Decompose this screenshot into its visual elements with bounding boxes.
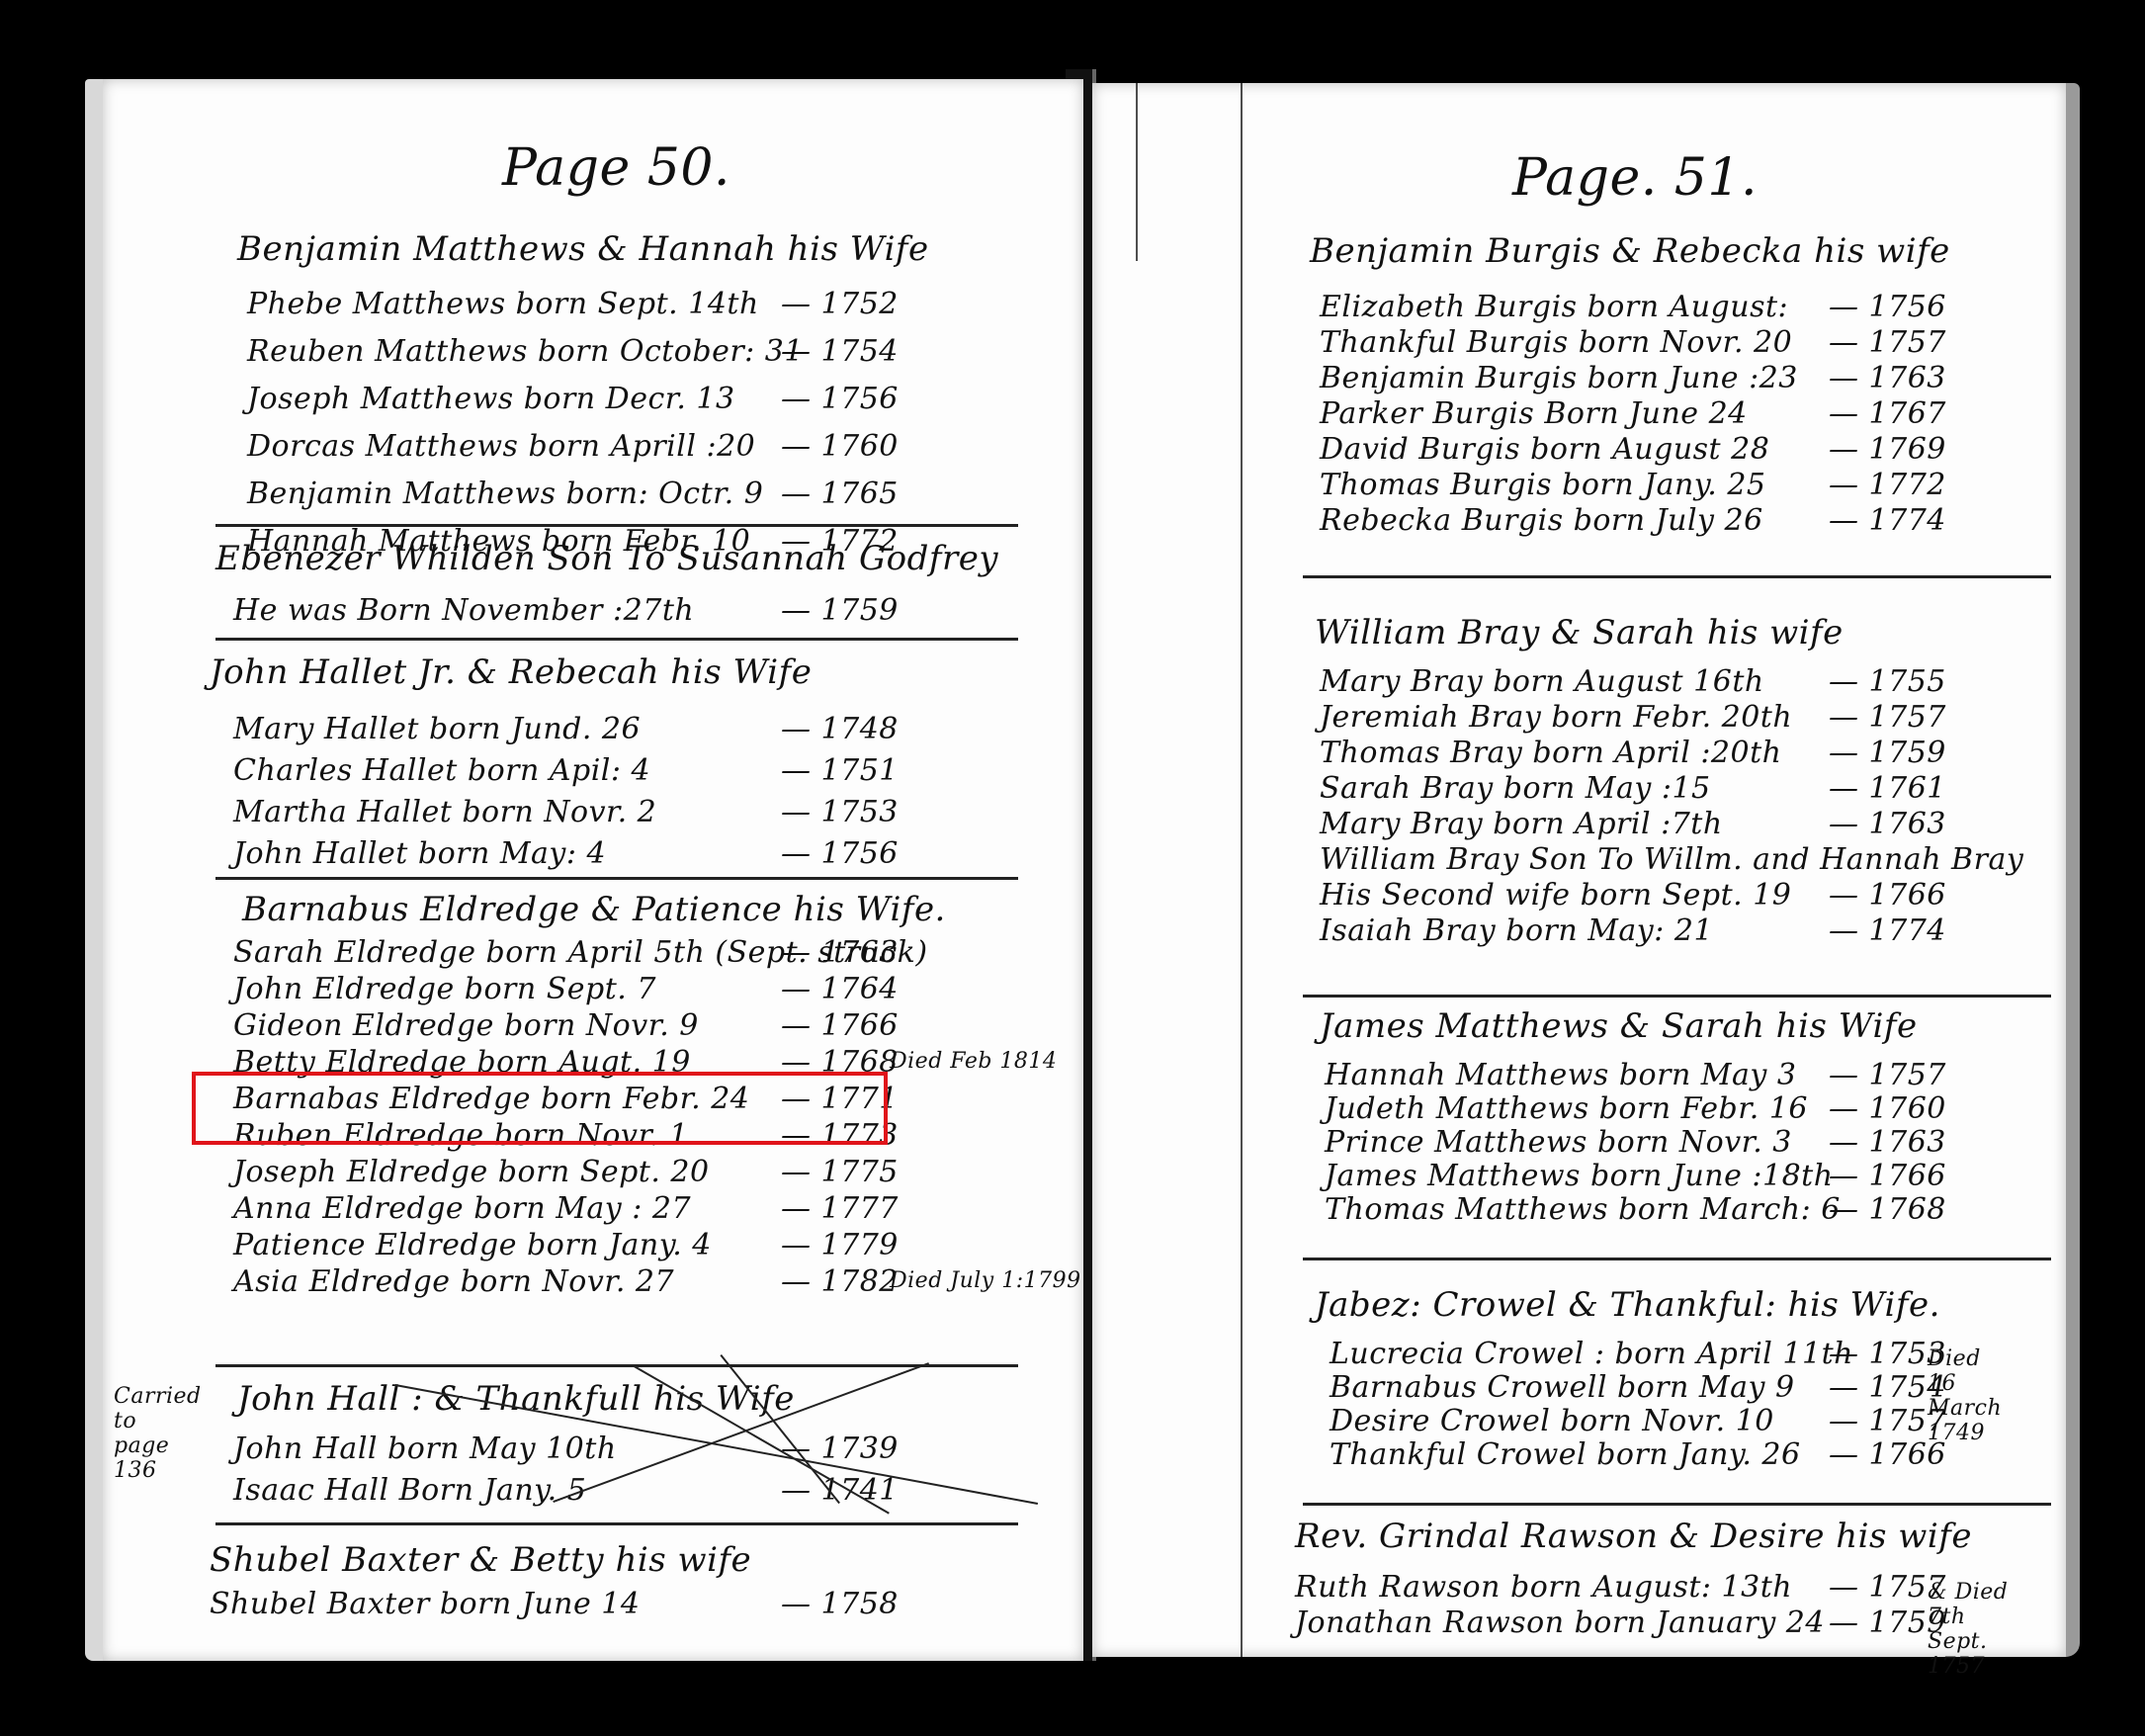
child-name: Joseph Matthews: [247, 382, 524, 416]
birth-record-row: Benjamin Matthews born: Octr. 9: [247, 477, 763, 511]
birth-record-row: James Matthews born June :18th: [1325, 1159, 1834, 1193]
child-name: Martha Hallet: [233, 795, 462, 829]
child-name: John Hallet: [233, 836, 418, 871]
birth-year: — 1774: [1829, 913, 1946, 948]
child-name: Charles Hallet: [233, 753, 468, 788]
birth-year: — 1757: [1829, 1058, 1946, 1092]
birth-record-row: Rebecka Burgis born July 26: [1320, 503, 1763, 538]
birth-date: born Sept. 19: [1581, 878, 1792, 912]
birth-year: — 1752: [781, 287, 899, 321]
death-note: Died Feb 1814: [890, 1049, 1057, 1074]
child-name: Hannah Matthews: [1325, 1058, 1619, 1092]
birth-date: Born Jany. 5: [399, 1473, 587, 1508]
birth-record-row: Hannah Matthews born May 3: [1325, 1058, 1796, 1092]
child-name: Barnabus Crowell: [1330, 1370, 1617, 1405]
birth-year: — 1772: [1829, 468, 1946, 502]
family-header: Jabez: Crowel & Thankful: his Wife.: [1315, 1285, 1940, 1325]
birth-year: — 1759: [1829, 736, 1946, 770]
section-divider: [215, 877, 1018, 880]
birth-record-row: Betty Eldredge born Augt. 19: [233, 1045, 691, 1080]
birth-date: born Sept. 7: [465, 972, 656, 1006]
birth-record-row: Mary Bray born August 16th: [1320, 664, 1764, 699]
birth-date: born April :7th: [1493, 807, 1722, 841]
child-name: Thomas Burgis: [1320, 468, 1562, 502]
birth-record-row: Isaiah Bray born May: 21: [1320, 913, 1713, 948]
birth-date: Born November :27th: [357, 593, 694, 628]
birth-year: — 1763: [781, 935, 899, 970]
birth-record-row: Desire Crowel born Novr. 10: [1330, 1404, 1774, 1438]
birth-record-row: Reuben Matthews born October: 31: [247, 334, 804, 369]
child-name: Isaac Hall: [233, 1473, 399, 1508]
birth-record-row: Phebe Matthews born Sept. 14th: [247, 287, 759, 321]
birth-record-row: Elizabeth Burgis born August:: [1320, 290, 1788, 324]
birth-year: — 1768: [1829, 1192, 1946, 1227]
child-name: Jonathan Rawson: [1295, 1606, 1575, 1640]
birth-date: born August:: [1587, 290, 1789, 324]
birth-date: born Novr. 1: [494, 1118, 689, 1153]
family-header: Benjamin Matthews & Hannah his Wife: [237, 229, 929, 269]
birth-year: — 1753: [781, 795, 899, 829]
birth-date: born Apil: 4: [468, 753, 650, 788]
birth-year: — 1756: [1829, 290, 1946, 324]
birth-record-row: Barnabas Eldredge born Febr. 24: [233, 1082, 749, 1116]
family-header: John Hallet Jr. & Rebecah his Wife: [210, 652, 812, 692]
birth-year: — 1769: [1829, 432, 1946, 467]
birth-date: born Sept. 14th: [516, 287, 759, 321]
birth-record-row: Asia Eldredge born Novr. 27: [233, 1264, 674, 1299]
child-name: His Second wife: [1320, 878, 1581, 912]
birth-record-row: Barnabus Crowell born May 9: [1330, 1370, 1795, 1405]
birth-year: — 1768: [781, 1045, 899, 1080]
child-name: Barnabas Eldredge: [233, 1082, 541, 1116]
birth-date: born Febr. 24: [541, 1082, 749, 1116]
birth-year: — 1779: [781, 1228, 899, 1262]
birth-year: — 1773: [781, 1118, 899, 1153]
birth-record-row: Mary Hallet born Jund. 26: [233, 712, 641, 746]
birth-record-row: Parker Burgis Born June 24: [1320, 396, 1748, 431]
birth-date: born May : 27: [473, 1191, 691, 1226]
section-divider: [1303, 1258, 2051, 1260]
birth-date: born May :15: [1503, 771, 1711, 806]
family-header: Barnabus Eldredge & Patience his Wife.: [242, 890, 946, 929]
child-name: Benjamin Matthews: [247, 477, 566, 511]
right-page-title: Page. 51.: [1512, 148, 1758, 208]
birth-year: — 1756: [781, 836, 899, 871]
child-name: William Bray: [1320, 842, 1529, 877]
birth-record-row: Lucrecia Crowel : born April 11th: [1330, 1337, 1853, 1371]
birth-record-row: Mary Bray born April :7th: [1320, 807, 1723, 841]
birth-date: born Decr. 13: [524, 382, 735, 416]
birth-date: born Jany. 26: [1596, 1437, 1800, 1472]
child-name: Parker Burgis: [1320, 396, 1544, 431]
birth-record-row: Judeth Matthews born Febr. 16: [1325, 1091, 1808, 1126]
left-page-title: Page 50.: [502, 138, 730, 198]
birth-date: born August 16th: [1493, 664, 1764, 699]
birth-date: born May: 4: [418, 836, 606, 871]
birth-record-row: Ruben Eldredge born Novr. 1: [233, 1118, 689, 1153]
birth-record-row: Isaac Hall Born Jany. 5: [233, 1473, 586, 1508]
birth-record-row: Thomas Bray born April :20th: [1320, 736, 1781, 770]
section-divider: [1303, 1503, 2051, 1506]
birth-date: born June :18th: [1590, 1159, 1834, 1193]
birth-date: born Novr. 27: [461, 1264, 675, 1299]
birth-record-row: Prince Matthews born Novr. 3: [1325, 1125, 1792, 1160]
birth-year: — 1754: [781, 334, 899, 369]
child-name: Mary Hallet: [233, 712, 429, 746]
birth-date: born Jany. 4: [527, 1228, 712, 1262]
child-name: Phebe Matthews: [247, 287, 516, 321]
birth-date: born Novr. 20: [1579, 325, 1793, 360]
birth-year: — 1760: [1829, 1091, 1946, 1126]
section-divider: [1303, 575, 2051, 578]
birth-date: born Febr. 16: [1599, 1091, 1808, 1126]
birth-year: — 1763: [1829, 807, 1946, 841]
birth-record-row: Jonathan Rawson born January 24: [1295, 1606, 1825, 1640]
child-name: Isaiah Bray: [1320, 913, 1505, 948]
birth-record-row: Anna Eldredge born May : 27: [233, 1191, 691, 1226]
birth-date: born March: 6: [1618, 1192, 1841, 1227]
birth-record-row: Martha Hallet born Novr. 2: [233, 795, 656, 829]
child-name: Elizabeth Burgis: [1320, 290, 1587, 324]
child-name: Gideon Eldredge: [233, 1008, 504, 1043]
birth-year: — 1751: [781, 753, 899, 788]
child-name: Mary Bray: [1320, 664, 1493, 699]
section-note: Died 16 March 1749: [1928, 1346, 2016, 1445]
child-name: Desire Crowel: [1330, 1404, 1560, 1438]
birth-date: born October: 31: [538, 334, 804, 369]
child-name: John Eldredge: [233, 972, 465, 1006]
birth-record-row: John Hall born May 10th: [233, 1432, 617, 1466]
section-divider: [215, 638, 1018, 641]
child-name: Thomas Bray: [1320, 736, 1532, 770]
child-name: Asia Eldredge: [233, 1264, 461, 1299]
birth-record-row: William Bray Son To Willm. and Hannah Br…: [1320, 842, 2023, 877]
birth-date: born May 9: [1617, 1370, 1795, 1405]
margin-note: Carried to page 136: [114, 1384, 193, 1483]
child-name: Anna Eldredge: [233, 1191, 473, 1226]
birth-year: — 1763: [1829, 361, 1946, 395]
child-name: Betty Eldredge: [233, 1045, 476, 1080]
birth-year: — 1775: [781, 1155, 899, 1189]
birth-year: — 1759: [781, 593, 899, 628]
birth-record-row: Patience Eldredge born Jany. 4: [233, 1228, 712, 1262]
birth-date: born Novr. 2: [462, 795, 656, 829]
child-name: Thankful Burgis: [1320, 325, 1579, 360]
child-name: Lucrecia Crowel: [1330, 1337, 1594, 1371]
child-name: Thankful Crowel: [1330, 1437, 1596, 1472]
family-header: James Matthews & Sarah his Wife: [1320, 1006, 1918, 1046]
birth-year: — 1766: [1829, 1159, 1946, 1193]
birth-record-row: Ruth Rawson born August: 13th: [1295, 1570, 1792, 1605]
child-name: Ruth Rawson: [1295, 1570, 1510, 1605]
birth-date: born Sept. 20: [498, 1155, 710, 1189]
birth-year: — 1766: [781, 1008, 899, 1043]
birth-date: born May: 21: [1505, 913, 1713, 948]
birth-record-row: Charles Hallet born Apil: 4: [233, 753, 650, 788]
birth-year: — 1756: [781, 382, 899, 416]
child-name: Benjamin Burgis: [1320, 361, 1587, 395]
birth-year: — 1755: [1829, 664, 1946, 699]
birth-year: — 1763: [1829, 1125, 1946, 1160]
section-divider: [1303, 995, 2051, 998]
child-name: Thomas Matthews: [1325, 1192, 1618, 1227]
birth-date: born August 28: [1530, 432, 1769, 467]
birth-year: — 1767: [1829, 396, 1946, 431]
birth-record-row: Shubel Baxter born June 14: [210, 1587, 640, 1621]
family-header: Benjamin Burgis & Rebecka his wife: [1310, 231, 1950, 271]
birth-record-row: Sarah Bray born May :15: [1320, 771, 1711, 806]
birth-record-row: Joseph Matthews born Decr. 13: [247, 382, 735, 416]
birth-year: — 1758: [781, 1587, 899, 1621]
child-name: John Hall: [233, 1432, 387, 1466]
birth-record-row: John Eldredge born Sept. 7: [233, 972, 656, 1006]
birth-year: — 1761: [1829, 771, 1946, 806]
birth-record-row: John Hallet born May: 4: [233, 836, 606, 871]
birth-record-row: Joseph Eldredge born Sept. 20: [233, 1155, 710, 1189]
child-name: He was: [233, 593, 357, 628]
child-name: Joseph Eldredge: [233, 1155, 498, 1189]
birth-date: born June 14: [440, 1587, 641, 1621]
birth-record-row: His Second wife born Sept. 19: [1320, 878, 1791, 912]
birth-year: — 1766: [1829, 878, 1946, 912]
family-header: John Hall : & Thankfull his Wife: [237, 1379, 795, 1419]
family-header: Ebenezer Whilden Son To Susannah Godfrey: [215, 539, 998, 578]
birth-date: Son To Willm. and Hannah Bray: [1529, 842, 2023, 877]
section-note: & Died 7th Sept. 1757: [1928, 1580, 2016, 1679]
birth-record-row: Gideon Eldredge born Novr. 9: [233, 1008, 699, 1043]
family-header: Shubel Baxter & Betty his wife: [210, 1540, 751, 1580]
birth-date: born Novr. 10: [1560, 1404, 1774, 1438]
child-name: Judeth Matthews: [1325, 1091, 1599, 1126]
birth-record-row: Thomas Burgis born Jany. 25: [1320, 468, 1766, 502]
birth-year: — 1782: [781, 1264, 899, 1299]
birth-record-row: Jeremiah Bray born Febr. 20th: [1320, 700, 1792, 735]
family-header: William Bray & Sarah his wife: [1315, 613, 1844, 652]
birth-year: — 1774: [1829, 503, 1946, 538]
birth-date: born Aprill :20: [528, 429, 755, 464]
birth-year: — 1777: [781, 1191, 899, 1226]
birth-record-row: David Burgis born August 28: [1320, 432, 1769, 467]
birth-record-row: Thomas Matthews born March: 6: [1325, 1192, 1841, 1227]
birth-date: born Febr. 20th: [1551, 700, 1792, 735]
family-header: Rev. Grindal Rawson & Desire his wife: [1295, 1517, 1972, 1556]
birth-date: : born April 11th: [1594, 1337, 1853, 1371]
birth-date: Born June 24: [1544, 396, 1747, 431]
child-name: Sarah Bray: [1320, 771, 1503, 806]
birth-date: born Jany. 25: [1562, 468, 1765, 502]
death-note: Died July 1:1799: [890, 1268, 1081, 1293]
birth-date: born Novr. 3: [1597, 1125, 1792, 1160]
birth-date: born May 3: [1619, 1058, 1797, 1092]
birth-year: — 1757: [1829, 700, 1946, 735]
child-name: James Matthews: [1325, 1159, 1590, 1193]
birth-date: born January 24: [1575, 1606, 1825, 1640]
birth-record-row: Dorcas Matthews born Aprill :20: [247, 429, 755, 464]
child-name: Reuben Matthews: [247, 334, 538, 369]
birth-date: born June :23: [1587, 361, 1798, 395]
birth-date: born Novr. 9: [504, 1008, 699, 1043]
child-name: Mary Bray: [1320, 807, 1493, 841]
birth-record-row: Benjamin Burgis born June :23: [1320, 361, 1798, 395]
birth-record-row: Thankful Crowel born Jany. 26: [1330, 1437, 1801, 1472]
child-name: Patience Eldredge: [233, 1228, 527, 1262]
birth-date: born: Octr. 9: [566, 477, 764, 511]
birth-date: born August: 13th: [1510, 1570, 1792, 1605]
birth-year: — 1771: [781, 1082, 899, 1116]
child-name: Prince Matthews: [1325, 1125, 1597, 1160]
child-name: Rebecka Burgis: [1320, 503, 1574, 538]
child-name: Jeremiah Bray: [1320, 700, 1551, 735]
child-name: Ruben Eldredge: [233, 1118, 494, 1153]
birth-year: — 1757: [1829, 325, 1946, 360]
birth-record-row: He was Born November :27th: [233, 593, 694, 628]
birth-year: — 1748: [781, 712, 899, 746]
birth-date: born Jund. 26: [429, 712, 641, 746]
child-name: Sarah Eldredge: [233, 935, 486, 970]
birth-date: born Augt. 19: [476, 1045, 690, 1080]
birth-year: — 1765: [781, 477, 899, 511]
birth-date: born April :20th: [1532, 736, 1781, 770]
child-name: David Burgis: [1320, 432, 1530, 467]
birth-year: — 1764: [781, 972, 899, 1006]
child-name: Dorcas Matthews: [247, 429, 528, 464]
section-divider: [215, 1364, 1018, 1367]
birth-date: born July 26: [1574, 503, 1763, 538]
birth-date: born May 10th: [387, 1432, 617, 1466]
birth-record-row: Thankful Burgis born Novr. 20: [1320, 325, 1792, 360]
page-tear-line: [1136, 83, 1138, 261]
section-divider: [215, 1522, 1018, 1525]
birth-year: — 1760: [781, 429, 899, 464]
page-fold-line: [1241, 83, 1243, 1657]
child-name: Shubel Baxter: [210, 1587, 440, 1621]
